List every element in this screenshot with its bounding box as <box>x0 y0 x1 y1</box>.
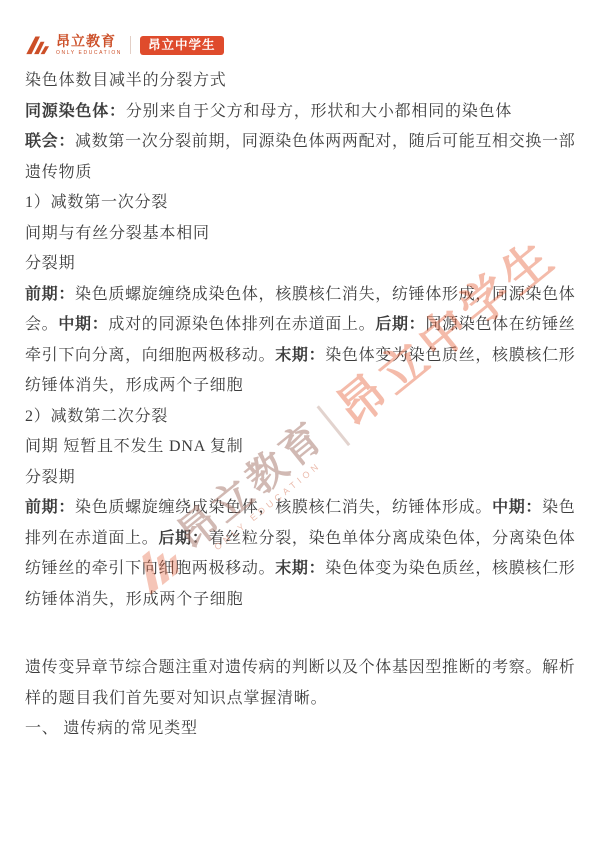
text-line: 分裂期 <box>25 249 575 280</box>
text-run: 遗传变异章节综合题注重对遗传病的判断以及个体基因型推断的考察。解析这 <box>25 659 575 684</box>
term-label: 中期： <box>492 499 542 516</box>
text-run: 样的题目我们首先要对知识点掌握清晰。 <box>25 690 327 707</box>
brand-name: 昂立教育 <box>56 35 122 50</box>
document-page: 昂立教育 ONLY EDUCATION 昂立中学生 染色体数目减半的分裂方式同源… <box>0 0 600 848</box>
text-run: 减数第一次分裂前期，同源染色体两两配对，随后可能互相交换一部分 <box>25 133 575 158</box>
text-line: 纺锤体消失，形成两个子细胞 <box>25 585 575 616</box>
text-run: 2）减数第二次分裂 <box>25 408 168 425</box>
student-badge: 昂立中学生 <box>140 36 224 55</box>
text-line: 分裂期 <box>25 463 575 494</box>
text-line: 染色体数目减半的分裂方式 <box>25 66 575 97</box>
text-run: 染色体数目减半的分裂方式 <box>25 72 227 89</box>
term-label: 后期： <box>158 530 208 547</box>
text-line: 前期：染色质螺旋缠绕成染色体，核膜核仁消失，纺锤体形成，同源染色体联 <box>25 280 575 311</box>
term-label: 中期： <box>58 316 108 333</box>
header-logo: 昂立教育 ONLY EDUCATION 昂立中学生 <box>25 32 575 58</box>
term-label: 末期： <box>275 347 325 364</box>
text-line: 遗传物质 <box>25 158 575 189</box>
term-label: 同源染色体： <box>25 103 126 120</box>
document-body: 染色体数目减半的分裂方式同源染色体：分别来自于父方和母方，形状和大小都相同的染色… <box>25 66 575 745</box>
brand-stripes-icon <box>25 35 51 55</box>
text-line: 样的题目我们首先要对知识点掌握清晰。 <box>25 684 575 715</box>
text-line: 一、 遗传病的常见类型 <box>25 714 575 745</box>
text-run: 会。 <box>25 316 58 333</box>
text-run: 分别来自于父方和母方，形状和大小都相同的染色体 <box>126 103 512 120</box>
text-run: 1）减数第一次分裂 <box>25 194 168 211</box>
text-run: 纺锤体消失，形成两个子细胞 <box>25 591 243 608</box>
text-run: 分裂期 <box>25 255 75 272</box>
text-line: 牵引下向分离，向细胞两极移动。末期：染色体变为染色质丝，核膜核仁形成， <box>25 341 575 372</box>
text-run: 染色质螺旋缠绕成染色体，核膜核仁消失，纺锤体形成，同源染色体联 <box>25 286 575 311</box>
text-line: 会。中期：成对的同源染色体排列在赤道面上。后期：同源染色体在纺锤丝的 <box>25 310 575 341</box>
text-line: 纺锤体消失，形成两个子细胞 <box>25 371 575 402</box>
text-run: 成对的同源染色体排列在赤道面上。 <box>108 316 375 333</box>
logo-divider <box>130 36 131 54</box>
text-run: 遗传物质 <box>25 164 92 181</box>
brand-subtitle: ONLY EDUCATION <box>56 50 122 56</box>
text-line: 同源染色体：分别来自于父方和母方，形状和大小都相同的染色体 <box>25 97 575 128</box>
text-line: 纺锤丝的牵引下向细胞两极移动。末期：染色体变为染色质丝，核膜核仁形成， <box>25 554 575 585</box>
text-run: 分裂期 <box>25 469 75 486</box>
text-line: 遗传变异章节综合题注重对遗传病的判断以及个体基因型推断的考察。解析这 <box>25 653 575 684</box>
text-run: 纺锤丝的牵引下向细胞两极移动。 <box>25 560 275 577</box>
text-run: 一、 遗传病的常见类型 <box>25 720 198 737</box>
term-label: 前期： <box>25 499 75 516</box>
text-line: 间期与有丝分裂基本相同 <box>25 219 575 250</box>
text-line: 联会：减数第一次分裂前期，同源染色体两两配对，随后可能互相交换一部分 <box>25 127 575 158</box>
term-label: 后期： <box>375 316 425 333</box>
term-label: 末期： <box>275 560 325 577</box>
term-label: 前期： <box>25 286 75 303</box>
text-line: 1）减数第一次分裂 <box>25 188 575 219</box>
text-line: 排列在赤道面上。后期：着丝粒分裂，染色单体分离成染色体，分离染色体在 <box>25 524 575 555</box>
text-run: 纺锤体消失，形成两个子细胞 <box>25 377 243 394</box>
term-label: 联会： <box>25 133 75 150</box>
text-run: 间期 短暂且不发生 DNA 复制 <box>25 438 244 455</box>
text-line: 间期 短暂且不发生 DNA 复制 <box>25 432 575 463</box>
text-run: 排列在赤道面上。 <box>25 530 158 547</box>
brand-block: 昂立教育 ONLY EDUCATION <box>56 35 122 56</box>
text-line: 前期：染色质螺旋缠绕成染色体，核膜核仁消失，纺锤体形成。中期：染色体 <box>25 493 575 524</box>
text-run: 牵引下向分离，向细胞两极移动。 <box>25 347 275 364</box>
text-run: 间期与有丝分裂基本相同 <box>25 225 210 242</box>
text-run: 染色质螺旋缠绕成染色体，核膜核仁消失，纺锤体形成。 <box>75 499 492 516</box>
text-line: 2）减数第二次分裂 <box>25 402 575 433</box>
